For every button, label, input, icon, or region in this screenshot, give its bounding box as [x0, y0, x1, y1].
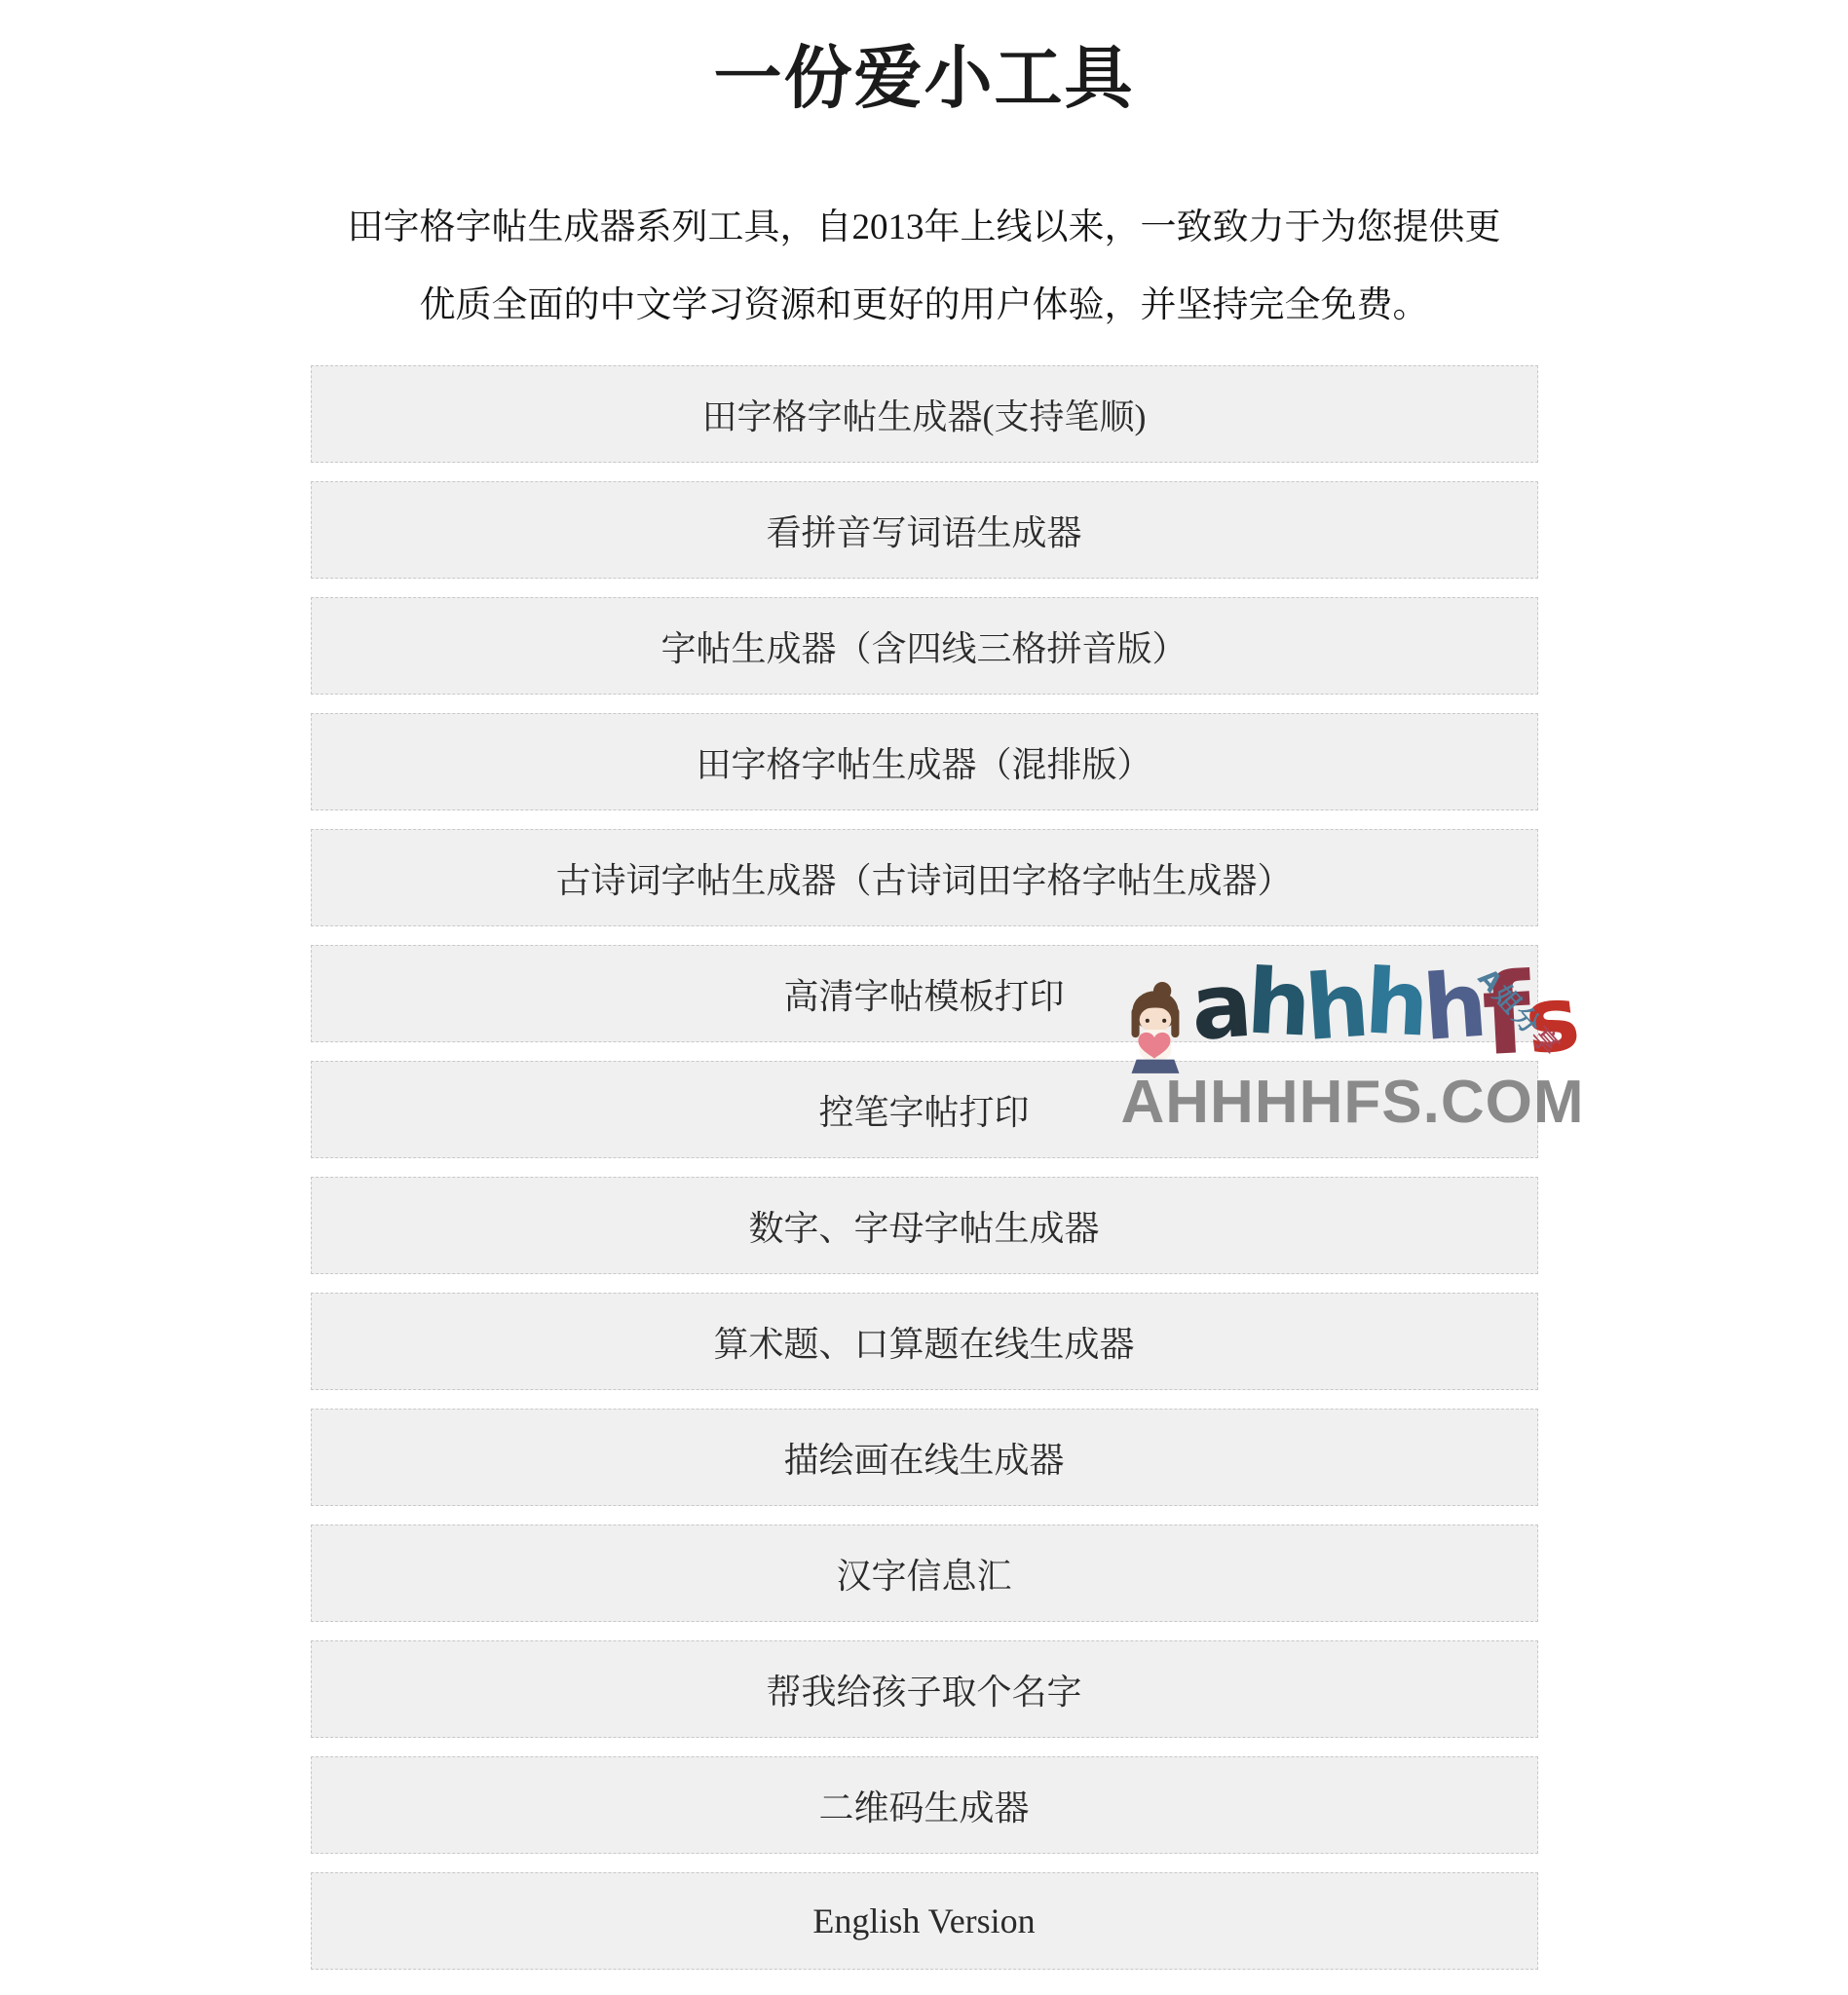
tool-button-qrcode-generator[interactable]: 二维码生成器: [311, 1756, 1538, 1854]
tool-button-arithmetic-generator[interactable]: 算术题、口算题在线生成器: [311, 1293, 1538, 1390]
tool-button-copybook-pinyin-grid[interactable]: 字帖生成器（含四线三格拼音版）: [311, 597, 1538, 695]
intro-paragraph: 田字格字帖生成器系列工具，自2013年上线以来，一致致力于为您提供更 优质全面的…: [311, 189, 1538, 345]
tool-button-baby-naming[interactable]: 帮我给孩子取个名字: [311, 1640, 1538, 1738]
tool-button-pen-control-print[interactable]: 控笔字帖打印: [311, 1061, 1538, 1158]
tool-button-english-version[interactable]: English Version: [311, 1872, 1538, 1970]
intro-line-1: 田字格字帖生成器系列工具，自2013年上线以来，一致致力于为您提供更: [311, 189, 1538, 267]
intro-line-2: 优质全面的中文学习资源和更好的用户体验，并坚持完全免费。: [311, 267, 1538, 345]
tool-button-number-letter-copybook[interactable]: 数字、字母字帖生成器: [311, 1177, 1538, 1274]
tool-button-pinyin-words[interactable]: 看拼音写词语生成器: [311, 481, 1538, 579]
tool-button-tianzige-copybook[interactable]: 田字格字帖生成器(支持笔顺): [311, 365, 1538, 463]
page-title: 一份爱小工具: [311, 41, 1538, 119]
tool-button-tracing-drawing[interactable]: 描绘画在线生成器: [311, 1409, 1538, 1506]
tool-button-hd-template-print[interactable]: 高清字帖模板打印: [311, 945, 1538, 1042]
page-container: 一份爱小工具 田字格字帖生成器系列工具，自2013年上线以来，一致致力于为您提供…: [311, 0, 1538, 1970]
tool-button-hanzi-info[interactable]: 汉字信息汇: [311, 1524, 1538, 1622]
tool-button-tianzige-mixed[interactable]: 田字格字帖生成器（混排版）: [311, 713, 1538, 810]
tool-button-ancient-poetry[interactable]: 古诗词字帖生成器（古诗词田字格字帖生成器）: [311, 829, 1538, 926]
tool-list: 田字格字帖生成器(支持笔顺) 看拼音写词语生成器 字帖生成器（含四线三格拼音版）…: [311, 365, 1538, 1970]
